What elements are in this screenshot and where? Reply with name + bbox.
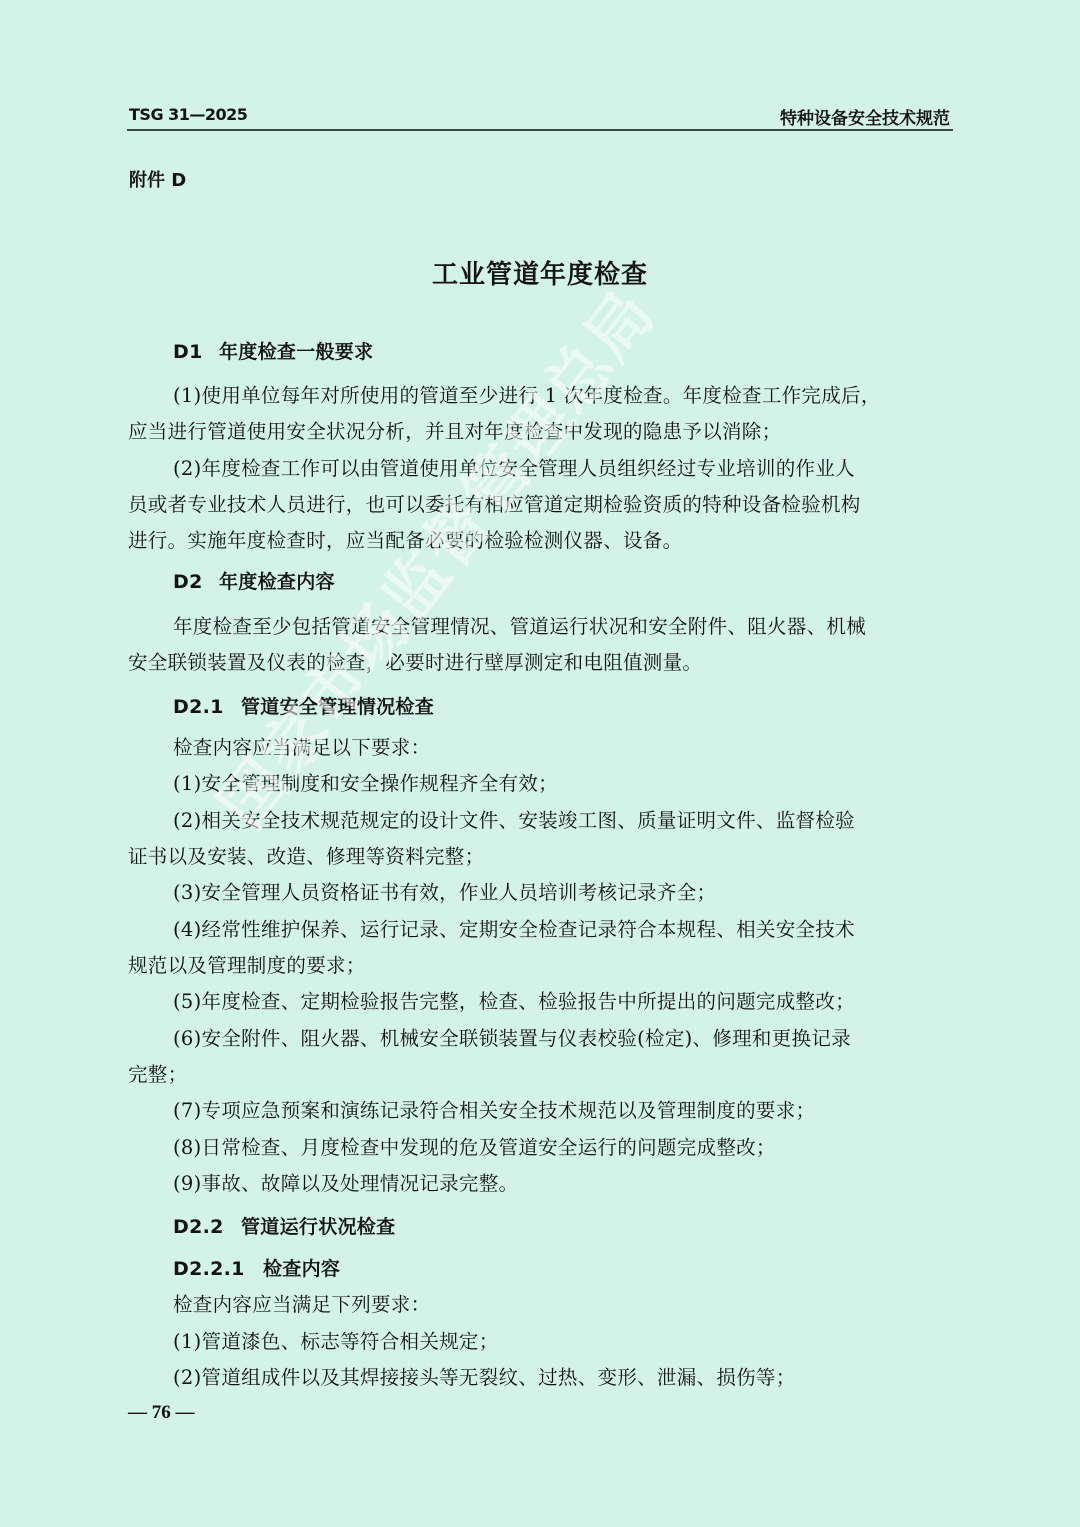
list-item: (6)安全附件、阻火器、机械安全联锁装置与仪表校验(检定)、修理和更换记录	[173, 1026, 954, 1052]
page-number: — 76 —	[128, 1402, 195, 1424]
paragraph-line: 年度检查至少包括管道安全管理情况、管道运行状况和安全附件、阻火器、机械	[173, 614, 954, 640]
paragraph-line: 进行。实施年度检查时，应当配备必要的检验检测仪器、设备。	[128, 528, 954, 554]
section-number: D2.2.1	[173, 1256, 263, 1282]
paragraph-line: 检查内容应当满足下列要求：	[173, 1292, 954, 1318]
series-title: 特种设备安全技术规范	[780, 104, 950, 129]
running-header: TSG 31—2025 特种设备安全技术规范	[127, 103, 953, 131]
section-number: D2.1	[173, 694, 241, 720]
appendix-label: 附件 D	[129, 166, 186, 192]
paragraph-line: (2)年度检查工作可以由管道使用单位安全管理人员组织经过专业培训的作业人	[173, 456, 954, 482]
section-number: D2	[173, 569, 219, 595]
list-item-continuation: 完整；	[128, 1062, 954, 1088]
list-item: (3)安全管理人员资格证书有效，作业人员培训考核记录齐全；	[173, 880, 954, 906]
list-item: (9)事故、故障以及处理情况记录完整。	[173, 1171, 954, 1197]
paragraph-line: (1)使用单位每年对所使用的管道至少进行 1 次年度检查。年度检查工作完成后，	[173, 383, 954, 409]
section-heading-d2-2: D2.2管道运行状况检查	[173, 1214, 954, 1240]
section-title: 年度检查内容	[219, 571, 335, 593]
list-item-continuation: 规范以及管理制度的要求；	[128, 953, 954, 979]
paragraph-line: 检查内容应当满足以下要求：	[173, 735, 954, 761]
section-heading-d2-2-1: D2.2.1检查内容	[173, 1256, 954, 1282]
list-item-continuation: 证书以及安装、改造、修理等资料完整；	[128, 844, 954, 870]
section-title: 年度检查一般要求	[219, 341, 373, 363]
list-item: (8)日常检查、月度检查中发现的危及管道安全运行的问题完成整改；	[173, 1135, 954, 1161]
list-item: (1)管道漆色、标志等符合相关规定；	[173, 1329, 954, 1355]
section-heading-d2-1: D2.1管道安全管理情况检查	[173, 694, 954, 720]
section-number: D1	[173, 339, 219, 365]
paragraph-line: 安全联锁装置及仪表的检查，必要时进行壁厚测定和电阻值测量。	[128, 650, 954, 676]
list-item: (1)安全管理制度和安全操作规程齐全有效；	[173, 771, 954, 797]
paragraph-line: 员或者专业技术人员进行，也可以委托有相应管道定期检验资质的特种设备检验机构	[128, 492, 954, 518]
section-title: 管道安全管理情况检查	[241, 696, 434, 718]
page-title: 工业管道年度检查	[0, 254, 1080, 291]
section-heading-d2: D2年度检查内容	[173, 569, 954, 595]
section-title: 检查内容	[263, 1258, 340, 1280]
section-number: D2.2	[173, 1214, 241, 1240]
list-item: (2)管道组成件以及其焊接接头等无裂纹、过热、变形、泄漏、损伤等；	[173, 1365, 954, 1391]
list-item: (7)专项应急预案和演练记录符合相关安全技术规范以及管理制度的要求；	[173, 1098, 954, 1124]
list-item: (4)经常性维护保养、运行记录、定期安全检查记录符合本规程、相关安全技术	[173, 917, 954, 943]
doc-code: TSG 31—2025	[129, 105, 247, 124]
paragraph-line: 应当进行管道使用安全状况分析，并且对年度检查中发现的隐患予以消除；	[128, 419, 954, 445]
list-item: (2)相关安全技术规范规定的设计文件、安装竣工图、质量证明文件、监督检验	[173, 808, 954, 834]
section-title: 管道运行状况检查	[241, 1216, 395, 1238]
section-heading-d1: D1年度检查一般要求	[173, 339, 954, 365]
list-item: (5)年度检查、定期检验报告完整，检查、检验报告中所提出的问题完成整改；	[173, 989, 954, 1015]
